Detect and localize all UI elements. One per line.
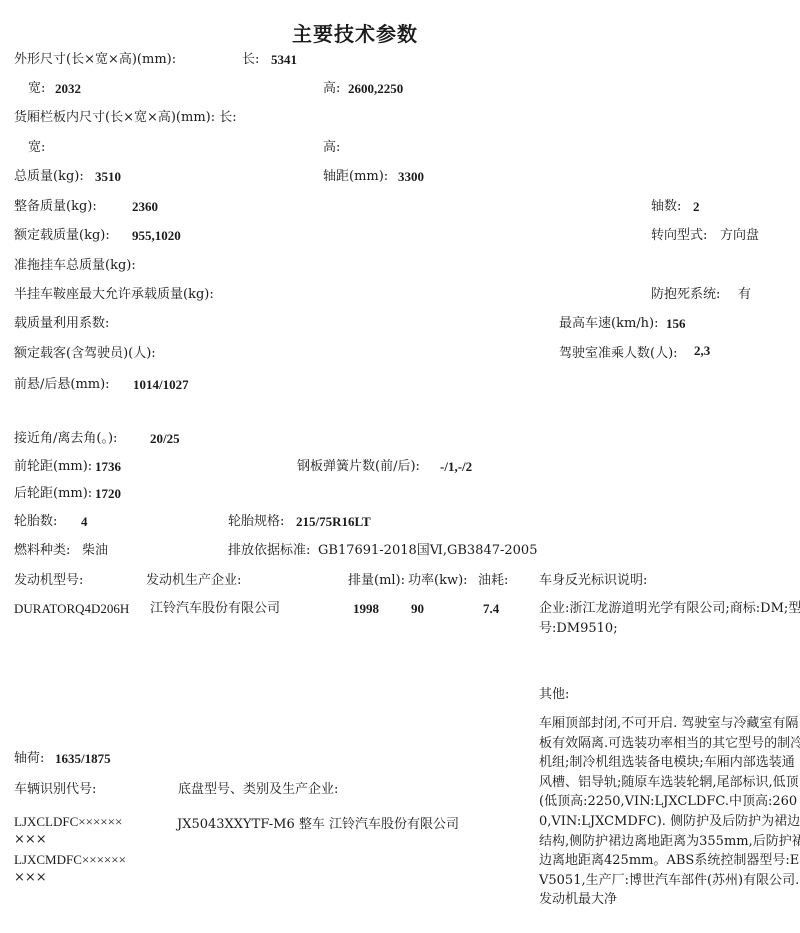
saddle-mass-label: 半挂车鞍座最大允许承载质量(kg): xyxy=(14,287,214,303)
max-speed-value: 156 xyxy=(666,316,686,332)
axle-load-label: 轴荷: xyxy=(14,751,44,767)
overall-width-value: 2032 xyxy=(55,81,81,97)
cab-passengers-value: 2,3 xyxy=(694,343,710,359)
vin-line-2: ××× xyxy=(14,832,47,848)
tire-spec-label: 轮胎规格: xyxy=(228,514,284,530)
overall-dims-label: 外形尺寸(长×宽×高)(mm): xyxy=(14,52,176,68)
springs-value: -/1,-/2 xyxy=(440,459,472,475)
overhang-value: 1014/1027 xyxy=(133,377,189,393)
displacement-header: 排量(ml): xyxy=(348,573,405,589)
rear-track-value: 1720 xyxy=(95,486,121,502)
curb-mass-value: 2360 xyxy=(132,199,158,215)
displacement-value: 1998 xyxy=(353,601,379,617)
emission-label: 排放依据标准: xyxy=(228,543,310,559)
rated-passengers-label: 额定载客(含驾驶员)(人): xyxy=(14,346,156,362)
engine-model-header: 发动机型号: xyxy=(14,573,83,589)
curb-mass-label: 整备质量(kg): xyxy=(14,199,97,215)
power-value: 90 xyxy=(411,601,424,617)
angles-value: 20/25 xyxy=(150,431,180,447)
power-header: 功率(kw): xyxy=(408,573,468,589)
rear-track-label: 后轮距(mm): xyxy=(14,486,92,502)
engine-model-value: DURATORQ4D206H xyxy=(14,601,129,617)
vin-line-4: ××× xyxy=(14,870,47,886)
other-text: 车厢顶部封闭,不可开启. 驾驶室与冷藏室有隔板有效隔离.可选装功率相当的其它型号… xyxy=(539,714,800,910)
fuel-consumption-value: 7.4 xyxy=(483,601,499,617)
cargo-height-label: 高: xyxy=(323,140,340,156)
abs-label: 防抱死系统: xyxy=(651,287,720,303)
rated-load-label: 额定载质量(kg): xyxy=(14,228,110,244)
rated-load-value: 955,1020 xyxy=(132,228,181,244)
reflective-text: 企业:浙江龙游道明光学有限公司;商标:DM;型号:DM9510; xyxy=(539,599,800,638)
overall-length-label: 长: xyxy=(242,52,259,68)
overall-height-label: 高: xyxy=(323,81,340,97)
engine-maker-header: 发动机生产企业: xyxy=(146,573,241,589)
abs-value: 有 xyxy=(738,287,751,303)
angles-label: 接近角/离去角(。): xyxy=(14,431,117,447)
axle-count-label: 轴数: xyxy=(651,199,681,215)
total-mass-label: 总质量(kg): xyxy=(14,169,84,185)
chassis-label: 底盘型号、类别及生产企业: xyxy=(178,782,338,798)
load-util-label: 载质量利用系数: xyxy=(14,316,109,332)
springs-label: 钢板弹簧片数(前/后): xyxy=(297,459,420,475)
fuel-consumption-header: 油耗: xyxy=(478,573,508,589)
wheelbase-value: 3300 xyxy=(398,169,424,185)
cargo-width-label: 宽: xyxy=(28,140,45,156)
reflective-label: 车身反光标识说明: xyxy=(539,573,647,589)
overhang-label: 前悬/后悬(mm): xyxy=(14,377,110,393)
overall-width-label: 宽: xyxy=(28,81,45,97)
overall-height-value: 2600,2250 xyxy=(348,81,403,97)
tire-count-label: 轮胎数: xyxy=(14,514,57,530)
cargo-dims-label: 货厢栏板内尺寸(长×宽×高)(mm): 长: xyxy=(14,110,237,126)
wheelbase-label: 轴距(mm): xyxy=(323,169,388,185)
vin-line-3: LJXCMDFC×××××× xyxy=(14,852,126,868)
page-title: 主要技术参数 xyxy=(292,22,418,46)
emission-value: GB17691-2018国Ⅵ,GB3847-2005 xyxy=(318,543,537,559)
overall-length-value: 5341 xyxy=(271,52,297,68)
chassis-value: JX5043XXYTF-M6 整车 江铃汽车股份有限公司 xyxy=(177,817,459,833)
fuel-value: 柴油 xyxy=(82,543,108,559)
front-track-value: 1736 xyxy=(95,459,121,475)
axle-count-value: 2 xyxy=(693,199,700,215)
vin-label: 车辆识别代号: xyxy=(14,782,96,798)
cab-passengers-label: 驾驶室准乘人数(人): xyxy=(559,346,678,362)
total-mass-value: 3510 xyxy=(95,169,121,185)
other-label: 其他: xyxy=(539,687,569,703)
front-track-label: 前轮距(mm): xyxy=(14,459,92,475)
fuel-label: 燃料种类: xyxy=(14,543,70,559)
axle-load-value: 1635/1875 xyxy=(55,751,111,767)
tire-count-value: 4 xyxy=(81,514,88,530)
steering-label: 转向型式: xyxy=(651,228,707,244)
vin-line-1: LJXCLDFC×××××× xyxy=(14,814,122,830)
trailer-mass-label: 准拖挂车总质量(kg): xyxy=(14,258,136,274)
max-speed-label: 最高车速(km/h): xyxy=(559,316,658,332)
engine-maker-value: 江铃汽车股份有限公司 xyxy=(150,601,280,617)
steering-value: 方向盘 xyxy=(720,228,759,244)
tire-spec-value: 215/75R16LT xyxy=(296,514,371,530)
